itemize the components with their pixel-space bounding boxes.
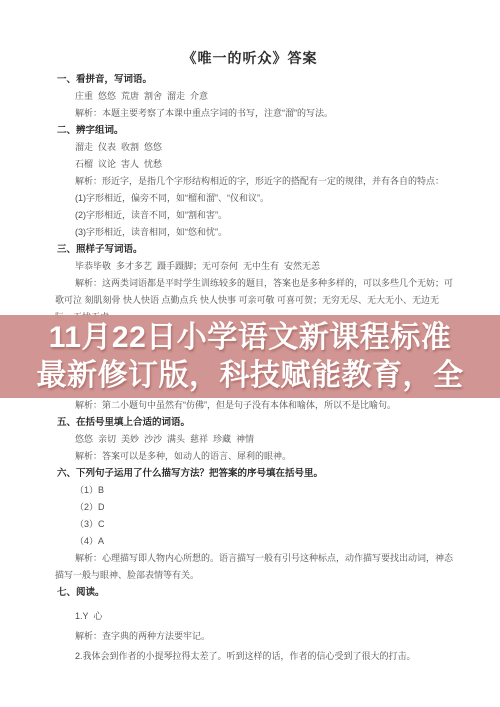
document-line: 溜走 仪表 收割 悠悠 xyxy=(0,139,500,156)
banner-line-2: 最新修订版，科技赋能教育，全 xyxy=(37,357,464,395)
document-line: 石榴 议论 害人 忧愁 xyxy=(0,156,500,173)
document-line: 解析：第二小题句中虽然有“仿佛”，但是句子没有本体和喻体，所以不是比喻句。 xyxy=(0,397,500,414)
document-line: 解析：答案可以是多种，如动人的语言、犀利的眼神。 xyxy=(0,448,500,465)
document-line: （2）D xyxy=(0,499,500,516)
document-line: 庄重 悠悠 荒唐 割舍 溜走 介意 xyxy=(0,88,500,105)
document-line: 一、看拼音，写词语。 xyxy=(0,71,500,88)
banner-line-1: 11月22日小学语文新课程标准 xyxy=(49,319,452,357)
document-line: 解析：本题主要考察了本课中重点字词的书写，注意“溜”的写法。 xyxy=(0,105,500,122)
document-line: 解析：心理描写即人物内心所想的。语言描写一般有引号这种标点，动作描写要找出动词，… xyxy=(0,550,500,567)
document-line: 七、阅读。 xyxy=(0,584,500,601)
document-line: 五、在括号里填上合适的词语。 xyxy=(0,414,500,431)
document-line: 二、辨字组词。 xyxy=(0,122,500,139)
document-line: 六、下列句子运用了什么描写方法？把答案的序号填在括号里。 xyxy=(0,465,500,482)
document-line: 毕恭毕敬 多才多艺 蹑手蹑脚；无可奈何 无中生有 安然无恙 xyxy=(0,258,500,275)
document-line: （3）C xyxy=(0,516,500,533)
document-line: 歌可泣 刻肌刻骨 快人快语 点勤点兵 快人快事 可亲可敬 可喜可贺；无穷无尽、无… xyxy=(0,292,500,309)
document-line: (3)字形相近，读音相同，如“悠和忧”。 xyxy=(0,224,500,241)
document-line: 解析：形近字，是指几个字形结构相近的字，形近字的搭配有一定的规律，并有各自的特点… xyxy=(0,173,500,190)
screenshot-root: 《唯一的听众》答案 一、看拼音，写词语。庄重 悠悠 荒唐 割舍 溜走 介意解析：… xyxy=(0,0,500,707)
document-line: 解析：这两类词语都是平时学生训练较多的题目，答案也是多种多样的，可以多些几个无妨… xyxy=(0,275,500,292)
document-line: (2)字形相近，读音不同，如“割和害”。 xyxy=(0,207,500,224)
document-title: 《唯一的听众》答案 xyxy=(0,48,500,68)
document-line: 描写一般与眼神、脸部表情等有关。 xyxy=(0,567,500,584)
document-line: 三、照样子写词语。 xyxy=(0,241,500,258)
document-line: （4）A xyxy=(0,533,500,550)
document-line: （1）B xyxy=(0,482,500,499)
document-line: 悠悠 亲切 美妙 沙沙 满头 慈祥 珍藏 神情 xyxy=(0,431,500,448)
promo-banner-overlay: 11月22日小学语文新课程标准 最新修订版，科技赋能教育，全 xyxy=(0,315,500,398)
document-line: 解析：查字典的两种方法要牢记。 xyxy=(0,626,500,646)
document-line: 2.我体会到作者的小提琴拉得太差了。听到这样的话，作者的信心受到了很大的打击。 xyxy=(0,646,500,666)
document-line: (1)字形相近，偏旁不同，如“榴和溜”、“仪和议”。 xyxy=(0,190,500,207)
document-line: 1.Y 心 xyxy=(0,606,500,626)
